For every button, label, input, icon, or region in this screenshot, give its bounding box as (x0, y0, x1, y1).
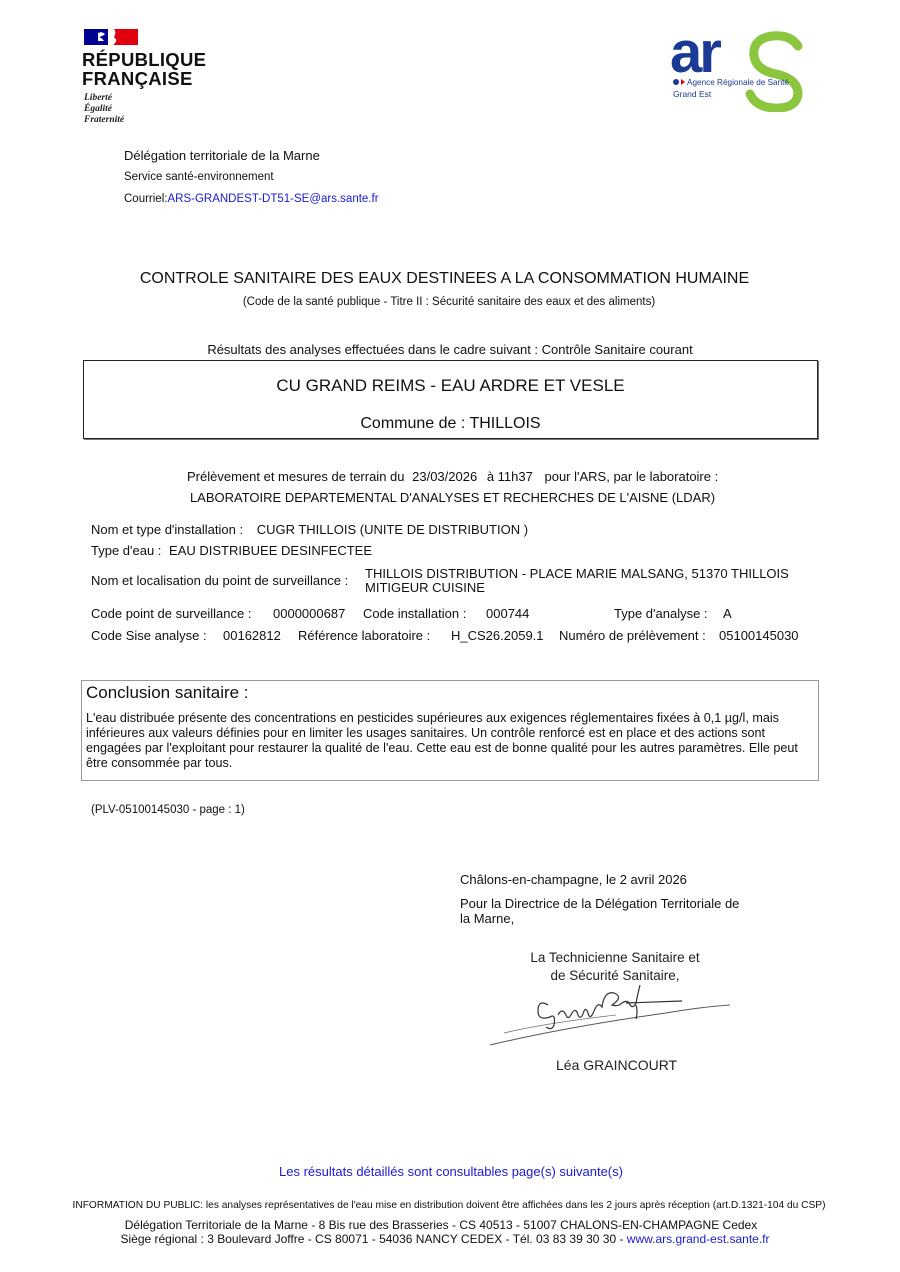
signatory-name: Léa GRAINCOURT (556, 1057, 677, 1073)
sample-number-label: Numéro de prélèvement : (559, 628, 706, 643)
ars-logo: ar Agence Régionale de Santé Grand Est (668, 30, 813, 112)
website-link[interactable]: www.ars.grand-est.sante.fr (627, 1232, 770, 1246)
signatory-role: La Technicienne Sanitaire et de Sécurité… (520, 949, 710, 985)
place-date: Châlons-en-champagne, le 2 avril 2026 (460, 872, 687, 887)
ars-letters: ar (670, 30, 721, 85)
document-subtitle: (Code de la santé publique - Titre II : … (0, 296, 898, 308)
signatory-delegation: Pour la Directrice de la Délégation Terr… (460, 896, 750, 926)
laboratory-name: LABORATOIRE DEPARTEMENTAL D'ANALYSES ET … (0, 490, 900, 505)
marianne-flag-icon (84, 29, 138, 45)
rf-name-line1: RÉPUBLIQUE (82, 50, 206, 69)
network-box: CU GRAND REIMS - EAU ARDRE ET VESLE Comm… (83, 360, 818, 439)
regional-address: Siège régional : 3 Boulevard Joffre - CS… (120, 1232, 626, 1246)
role-line2: de Sécurité Sanitaire, (520, 967, 710, 985)
point-code-label: Code point de surveillance : (91, 606, 251, 621)
sampling-line: Prélèvement et mesures de terrain du 23/… (187, 469, 718, 484)
surveillance-point-line2: MITIGEUR CUISINE (365, 581, 789, 595)
lab-ref-label: Référence laboratoire : (298, 628, 430, 643)
point-code-value: 0000000687 (273, 606, 345, 621)
water-type-row: Type d'eau : EAU DISTRIBUEE DESINFECTEE (91, 543, 372, 558)
rf-name-line2: FRANÇAISE (82, 69, 206, 88)
results-frame: Résultats des analyses effectuées dans l… (0, 342, 900, 357)
conclusion-title: Conclusion sanitaire : (86, 683, 249, 703)
analysis-type-label: Type d'analyse : (614, 606, 708, 621)
sample-number-value: 05100145030 (719, 628, 799, 643)
surveillance-point-label: Nom et localisation du point de surveill… (91, 573, 348, 588)
footer-address-line2: Siège régional : 3 Boulevard Joffre - CS… (0, 1232, 890, 1246)
handwritten-signature-icon (486, 985, 736, 1050)
rf-motto: Liberté Égalité Fraternité (84, 93, 124, 126)
lab-ref-value: H_CS26.2059.1 (451, 628, 544, 643)
surveillance-point-value: THILLOIS DISTRIBUTION - PLACE MARIE MALS… (365, 567, 789, 595)
ars-region-text: Grand Est (673, 89, 712, 99)
ars-agency-text: Agence Régionale de Santé (687, 78, 789, 87)
installation-row: Nom et type d'installation : CUGR THILLO… (91, 522, 528, 537)
sise-label: Code Sise analyse : (91, 628, 207, 643)
network-name: CU GRAND REIMS - EAU ARDRE ET VESLE (84, 376, 817, 396)
sampling-prefix: Prélèvement et mesures de terrain du (187, 469, 405, 484)
surveillance-point-line1: THILLOIS DISTRIBUTION - PLACE MARIE MALS… (365, 567, 789, 581)
sampling-suffix: pour l'ARS, par le laboratoire : (544, 469, 718, 484)
installation-value: CUGR THILLOIS (UNITE DE DISTRIBUTION ) (257, 522, 528, 537)
analysis-type-value: A (723, 606, 732, 621)
water-type-label: Type d'eau : (91, 543, 161, 558)
role-line1: La Technicienne Sanitaire et (520, 949, 710, 967)
republique-francaise-logo: RÉPUBLIQUE FRANÇAISE (82, 50, 206, 88)
detailed-results-note: Les résultats détaillés sont consultable… (0, 1164, 900, 1179)
page-reference: (PLV-05100145030 - page : 1) (91, 804, 245, 816)
email-link[interactable]: ARS-GRANDEST-DT51-SE@ars.sante.fr (167, 193, 378, 205)
email-label: Courriel: (124, 193, 167, 205)
sise-value: 00162812 (223, 628, 281, 643)
motto-liberte: Liberté (84, 93, 124, 104)
conclusion-box: Conclusion sanitaire : L'eau distribuée … (81, 680, 819, 781)
motto-fraternite: Fraternité (84, 115, 124, 126)
delegation-name: Délégation territoriale de la Marne (124, 148, 320, 163)
footer-address-line1: Délégation Territoriale de la Marne - 8 … (0, 1218, 882, 1232)
for-line1: Pour la Directrice de la Délégation Terr… (460, 896, 750, 911)
point-code-row: Code point de surveillance : (91, 606, 251, 621)
document-title: CONTROLE SANITAIRE DES EAUX DESTINEES A … (0, 270, 889, 288)
installation-code-label: Code installation : (363, 606, 466, 621)
installation-code-value: 000744 (486, 606, 529, 621)
sampling-time: à 11h37 (487, 469, 533, 484)
installation-label: Nom et type d'installation : (91, 522, 243, 537)
water-type-value: EAU DISTRIBUEE DESINFECTEE (169, 543, 372, 558)
motto-egalite: Égalité (84, 104, 124, 115)
for-line2: la Marne, (460, 911, 750, 926)
commune: Commune de : THILLOIS (84, 415, 817, 433)
conclusion-text: L'eau distribuée présente des concentrat… (86, 711, 818, 771)
public-information: INFORMATION DU PUBLIC: les analyses repr… (0, 1200, 898, 1211)
sampling-date: 23/03/2026 (412, 469, 477, 484)
email-line: Courriel:ARS-GRANDEST-DT51-SE@ars.sante.… (124, 193, 379, 205)
service-name: Service santé-environnement (124, 171, 274, 183)
